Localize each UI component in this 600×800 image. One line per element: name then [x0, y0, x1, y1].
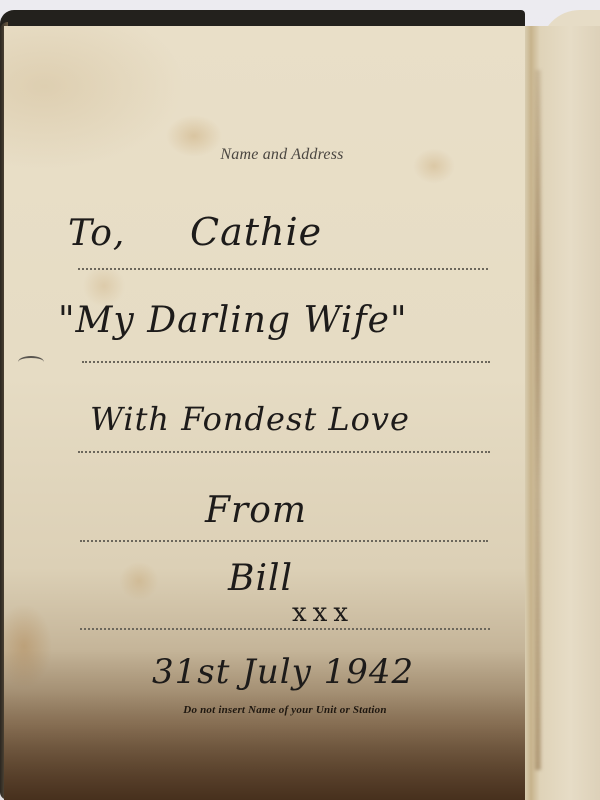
stray-ink-mark — [18, 356, 44, 368]
dotted-rule-5 — [80, 628, 490, 630]
handwritten-signature: Bill — [228, 558, 293, 599]
handwritten-date: 31st July 1942 — [152, 652, 414, 692]
printed-footer-instruction: Do not insert Name of your Unit or Stati… — [0, 704, 570, 716]
handwritten-with-fondest-love: With Fondest Love — [90, 400, 410, 438]
dotted-rule-4 — [80, 540, 488, 542]
gutter-stain — [535, 70, 541, 770]
dotted-rule-2 — [82, 361, 490, 363]
handwritten-endearment: "My Darling Wife" — [58, 300, 408, 341]
dotted-rule-1 — [78, 268, 488, 270]
handwritten-from: From — [205, 490, 307, 531]
handwritten-to: To, — [68, 213, 125, 254]
handwritten-recipient-name: Cathie — [190, 210, 322, 254]
dotted-rule-3 — [78, 451, 490, 453]
printed-heading: Name and Address — [0, 146, 564, 164]
handwritten-kisses: xxx — [292, 598, 354, 628]
